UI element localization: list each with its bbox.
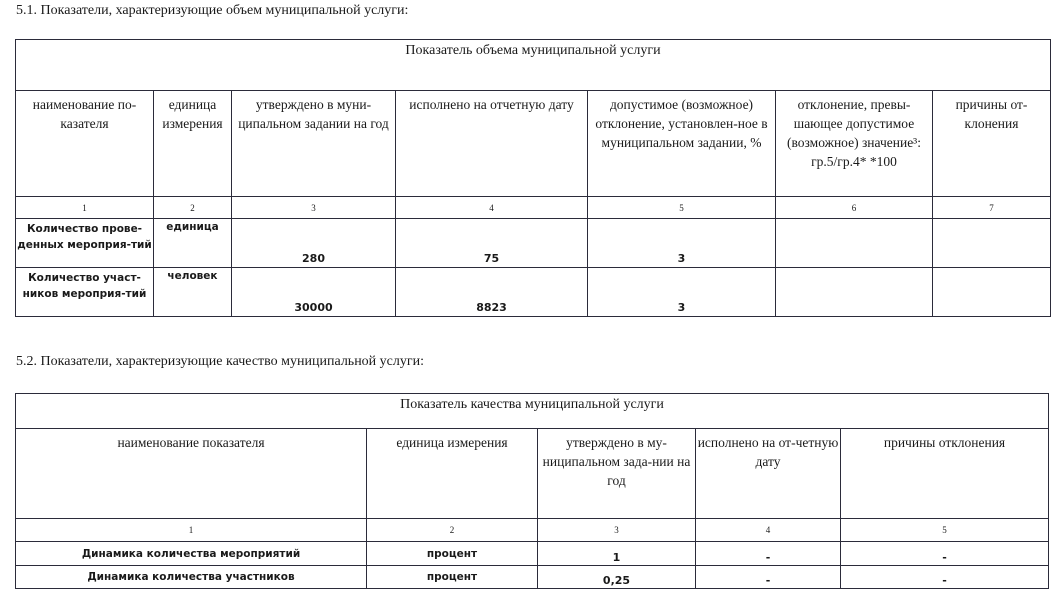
- row-executed: -: [696, 566, 841, 589]
- row-name: Количество участ-ников мероприя-тий: [16, 268, 154, 317]
- row-executed: 8823: [396, 268, 588, 317]
- row-name: Динамика количества мероприятий: [16, 542, 367, 566]
- col-header-allowed-deviation: допустимое (возможное) отклонение, устан…: [588, 91, 776, 197]
- col-number: 5: [841, 519, 1049, 542]
- row-excess-deviation: [776, 268, 933, 317]
- col-header-unit: единица измерения: [367, 429, 538, 519]
- table-row: Динамика количества участников процент 0…: [16, 566, 1049, 589]
- row-executed: 75: [396, 219, 588, 268]
- row-reasons: -: [841, 542, 1049, 566]
- row-reasons: [933, 219, 1051, 268]
- row-allowed-deviation: 3: [588, 219, 776, 268]
- row-approved: 280: [232, 219, 396, 268]
- header-row: наименование показателя единица измерени…: [16, 429, 1049, 519]
- table-caption: Показатель объема муниципальной услуги: [16, 40, 1051, 91]
- column-number-row: 1 2 3 4 5 6 7: [16, 197, 1051, 219]
- col-number: 2: [154, 197, 232, 219]
- col-header-unit: единица измерения: [154, 91, 232, 197]
- row-excess-deviation: [776, 219, 933, 268]
- col-number: 3: [232, 197, 396, 219]
- row-approved: 0,25: [538, 566, 696, 589]
- col-header-executed: исполнено на от-четную дату: [696, 429, 841, 519]
- col-number: 3: [538, 519, 696, 542]
- row-reasons: -: [841, 566, 1049, 589]
- row-unit: процент: [367, 566, 538, 589]
- col-header-reasons: причины от-клонения: [933, 91, 1051, 197]
- col-number: 1: [16, 519, 367, 542]
- table-row: Динамика количества мероприятий процент …: [16, 542, 1049, 566]
- column-number-row: 1 2 3 4 5: [16, 519, 1049, 542]
- row-name: Динамика количества участников: [16, 566, 367, 589]
- col-number: 2: [367, 519, 538, 542]
- header-row: наименование по-казателя единица измерен…: [16, 91, 1051, 197]
- col-header-name: наименование показателя: [16, 429, 367, 519]
- col-number: 4: [396, 197, 588, 219]
- row-allowed-deviation: 3: [588, 268, 776, 317]
- quality-indicators-table: Показатель качества муниципальной услуги…: [15, 393, 1049, 589]
- col-header-reasons: причины отклонения: [841, 429, 1049, 519]
- row-unit: процент: [367, 542, 538, 566]
- section-5-1-heading: 5.1. Показатели, характеризующие объем м…: [16, 3, 408, 19]
- table-row: Количество прове-денных мероприя-тий еди…: [16, 219, 1051, 268]
- col-number: 1: [16, 197, 154, 219]
- col-number: 7: [933, 197, 1051, 219]
- col-header-approved: утверждено в му-ниципальном зада-нии на …: [538, 429, 696, 519]
- row-unit: единица: [154, 219, 232, 268]
- row-executed: -: [696, 542, 841, 566]
- section-5-2-heading: 5.2. Показатели, характеризующие качеств…: [16, 354, 424, 370]
- row-approved: 30000: [232, 268, 396, 317]
- col-header-approved: утверждено в муни-ципальном задании на г…: [232, 91, 396, 197]
- row-name: Количество прове-денных мероприя-тий: [16, 219, 154, 268]
- col-number: 5: [588, 197, 776, 219]
- col-header-name: наименование по-казателя: [16, 91, 154, 197]
- col-number: 4: [696, 519, 841, 542]
- table-caption: Показатель качества муниципальной услуги: [16, 394, 1049, 429]
- row-unit: человек: [154, 268, 232, 317]
- row-approved: 1: [538, 542, 696, 566]
- col-header-excess-deviation: отклонение, превы-шающее допустимое (воз…: [776, 91, 933, 197]
- volume-indicators-table: Показатель объема муниципальной услуги н…: [15, 39, 1051, 317]
- col-number: 6: [776, 197, 933, 219]
- table-row: Количество участ-ников мероприя-тий чело…: [16, 268, 1051, 317]
- col-header-executed: исполнено на отчетную дату: [396, 91, 588, 197]
- row-reasons: [933, 268, 1051, 317]
